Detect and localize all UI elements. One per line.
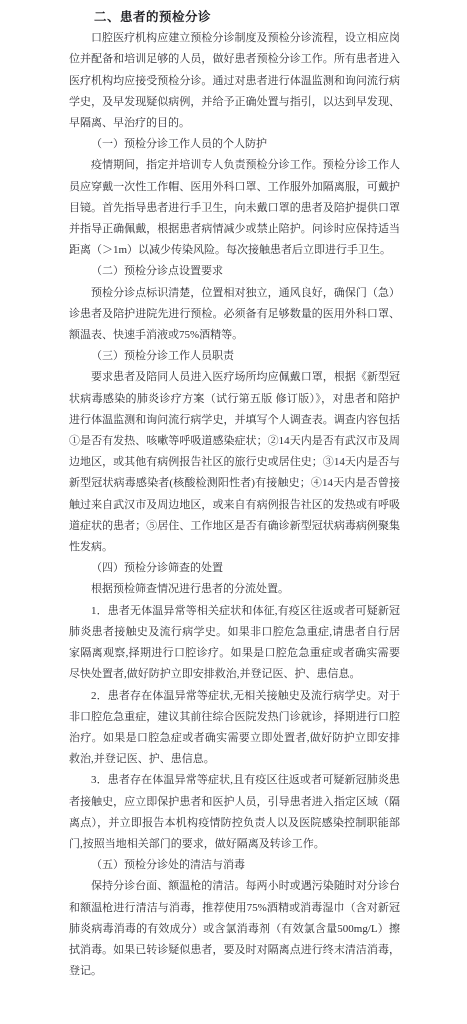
section-heading: （二）预检分诊点设置要求 [69,261,400,282]
paragraph: 3．患者存在体温异常等症状,且有疫区往返或者可疑新冠肺炎患者接触史，应立即保护患… [69,770,400,855]
document-title: 二、患者的预检分诊 [69,7,400,28]
paragraph: 根据预检筛查情况进行患者的分流处置。 [69,579,400,600]
section-heading: （一）预检分诊工作人员的个人防护 [69,134,400,155]
paragraph: 疫情期间，指定并培训专人负责预检分诊工作。预检分诊工作人员应穿戴一次性工作帽、医… [69,155,400,261]
paragraph: 口腔医疗机构应建立预检分诊制度及预检分诊流程，设立相应岗位并配备和培训足够的人员… [69,28,400,134]
paragraph: 1．患者无体温异常等相关症状和体征,有疫区往返或者可疑新冠肺炎患者接触史及流行病… [69,601,400,686]
document-content: 二、患者的预检分诊口腔医疗机构应建立预检分诊制度及预检分诊流程，设立相应岗位并配… [69,7,400,982]
document-page: 二、患者的预检分诊口腔医疗机构应建立预检分诊制度及预检分诊流程，设立相应岗位并配… [0,0,467,1024]
paragraph: 要求患者及陪同人员进入医疗场所均应佩戴口罩，根据《新型冠状病毒感染的肺炎诊疗方案… [69,367,400,558]
paragraph: 2．患者存在体温异常等症状,无相关接触史及流行病学史。对于非口腔危急重症，建议其… [69,686,400,771]
section-heading: （三）预检分诊工作人员职责 [69,346,400,367]
section-heading: （四）预检分诊筛查的处置 [69,558,400,579]
section-heading: （五）预检分诊处的清洁与消毒 [69,855,400,876]
paragraph: 预检分诊点标识清楚，位置相对独立，通风良好，确保门（急）诊患者及陪护进院先进行预… [69,283,400,347]
paragraph: 保持分诊台面、额温枪的清洁。每两小时或遇污染随时对分诊台和额温枪进行清洁与消毒，… [69,876,400,982]
